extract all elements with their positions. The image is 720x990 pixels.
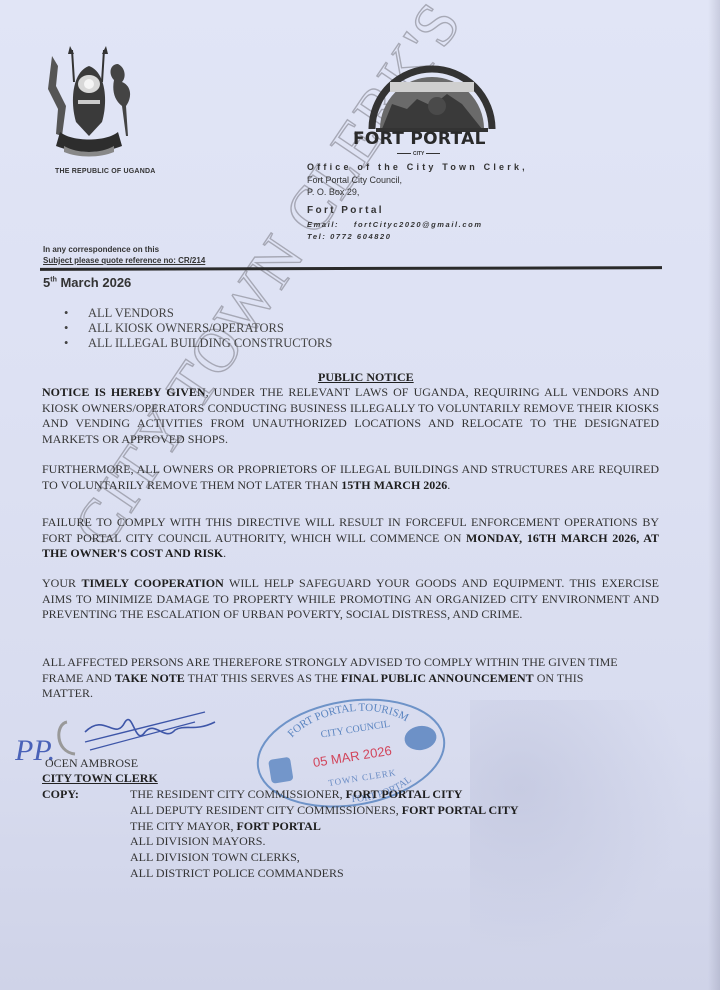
- copy-item: ALL DISTRICT POLICE COMMANDERS: [130, 866, 519, 882]
- po-box-line: P. O. Box 29,: [307, 187, 359, 198]
- document-page: CITY TOWN CLERK'S OFFICE THE REPUBLIC OF…: [0, 0, 720, 990]
- copy-item: ALL DIVISION TOWN CLERKS,: [130, 850, 519, 866]
- recipients-list: ALL VENDORS ALL KIOSK OWNERS/OPERATORS A…: [64, 306, 332, 351]
- copy-label: COPY:: [42, 787, 79, 802]
- recipient-item: ALL VENDORS: [64, 306, 332, 321]
- city-name: FORT PORTAL: [353, 129, 486, 149]
- office-line: Office of the City Town Clerk,: [307, 162, 528, 173]
- uganda-coat-of-arms-icon: [42, 42, 137, 162]
- notice-paragraph-4: YOUR TIMELY COOPERATION WILL HELP SAFEGU…: [42, 576, 659, 623]
- city-subtitle: CITY: [395, 151, 442, 157]
- letterhead-divider: [40, 266, 662, 271]
- notice-title: PUBLIC NOTICE: [318, 370, 414, 385]
- recipient-item: ALL KIOSK OWNERS/OPERATORS: [64, 321, 332, 336]
- recipient-item: ALL ILLEGAL BUILDING CONSTRUCTORS: [64, 336, 332, 351]
- council-line: Fort Portal City Council,: [307, 175, 402, 186]
- copy-item: THE RESIDENT CITY COMMISSIONER, FORT POR…: [130, 787, 519, 803]
- copy-item: THE CITY MAYOR, FORT PORTAL: [130, 819, 519, 835]
- reference-line-2: Subject please quote reference no: CR/21…: [43, 256, 205, 265]
- svg-text:CITY COUNCIL: CITY COUNCIL: [320, 719, 391, 741]
- republic-label: THE REPUBLIC OF UGANDA: [55, 168, 155, 175]
- svg-text:05 MAR 2026: 05 MAR 2026: [312, 743, 393, 770]
- copy-item: ALL DIVISION MAYORS.: [130, 834, 519, 850]
- notice-paragraph-5: ALL AFFECTED PERSONS ARE THEREFORE STRON…: [42, 655, 632, 702]
- email-label: Email:: [307, 220, 339, 229]
- town-line: Fort Portal: [307, 205, 384, 216]
- fort-portal-city-logo-icon: [362, 44, 502, 134]
- reference-line-1: In any correspondence on this: [43, 245, 159, 254]
- email-line: Email: fortCityc2020@gmail.com: [307, 219, 483, 230]
- copy-list: THE RESIDENT CITY COMMISSIONER, FORT POR…: [130, 787, 519, 882]
- paper-edge-shadow: [708, 0, 720, 990]
- notice-paragraph-1: NOTICE IS HEREBY GIVEN, UNDER THE RELEVA…: [42, 385, 659, 447]
- signatory-name: OCEN AMBROSE: [45, 756, 138, 771]
- tel-label: Tel:: [307, 232, 326, 241]
- signatory-title: CITY TOWN CLERK: [42, 771, 158, 786]
- svg-text:TOWN CLERK: TOWN CLERK: [328, 767, 397, 788]
- tel-number: 0772 604820: [330, 232, 391, 241]
- email-address: fortCityc2020@gmail.com: [354, 220, 483, 229]
- copy-item: ALL DEPUTY RESIDENT CITY COMMISSIONERS, …: [130, 803, 519, 819]
- tel-line: Tel: 0772 604820: [307, 231, 392, 242]
- notice-paragraph-3: FAILURE TO COMPLY WITH THIS DIRECTIVE WI…: [42, 515, 659, 562]
- letter-date: 5th March 2026: [43, 275, 131, 290]
- notice-paragraph-2: FURTHERMORE, ALL OWNERS OR PROPRIETORS O…: [42, 462, 659, 493]
